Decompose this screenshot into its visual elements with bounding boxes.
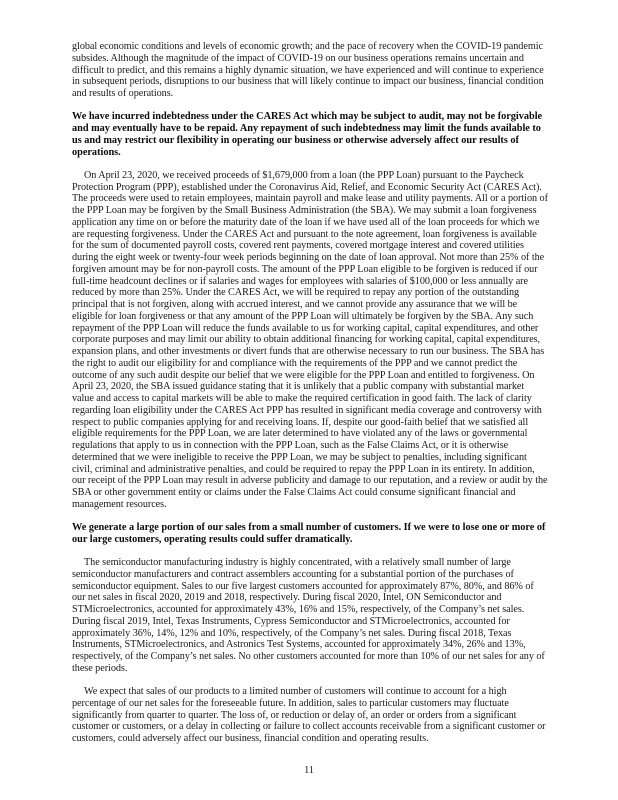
paragraph-covid-impact: global economic conditions and levels of…: [72, 41, 548, 100]
paragraph-spacer: [72, 675, 548, 687]
document-page: global economic conditions and levels of…: [72, 41, 548, 745]
paragraph-ppp-loan: On April 23, 2020, we received proceeds …: [72, 170, 548, 511]
risk-heading-customer-concentration: We generate a large portion of our sales…: [72, 522, 548, 546]
paragraph-spacer: [72, 100, 548, 112]
page-number: 11: [0, 765, 618, 777]
paragraph-spacer: [72, 546, 548, 558]
paragraph-spacer: [72, 158, 548, 170]
paragraph-customer-sales-expectations: We expect that sales of our products to …: [72, 686, 548, 745]
risk-heading-cares-act: We have incurred indebtedness under the …: [72, 111, 548, 158]
paragraph-spacer: [72, 511, 548, 523]
paragraph-semiconductor-industry: The semiconductor manufacturing industry…: [72, 557, 548, 675]
